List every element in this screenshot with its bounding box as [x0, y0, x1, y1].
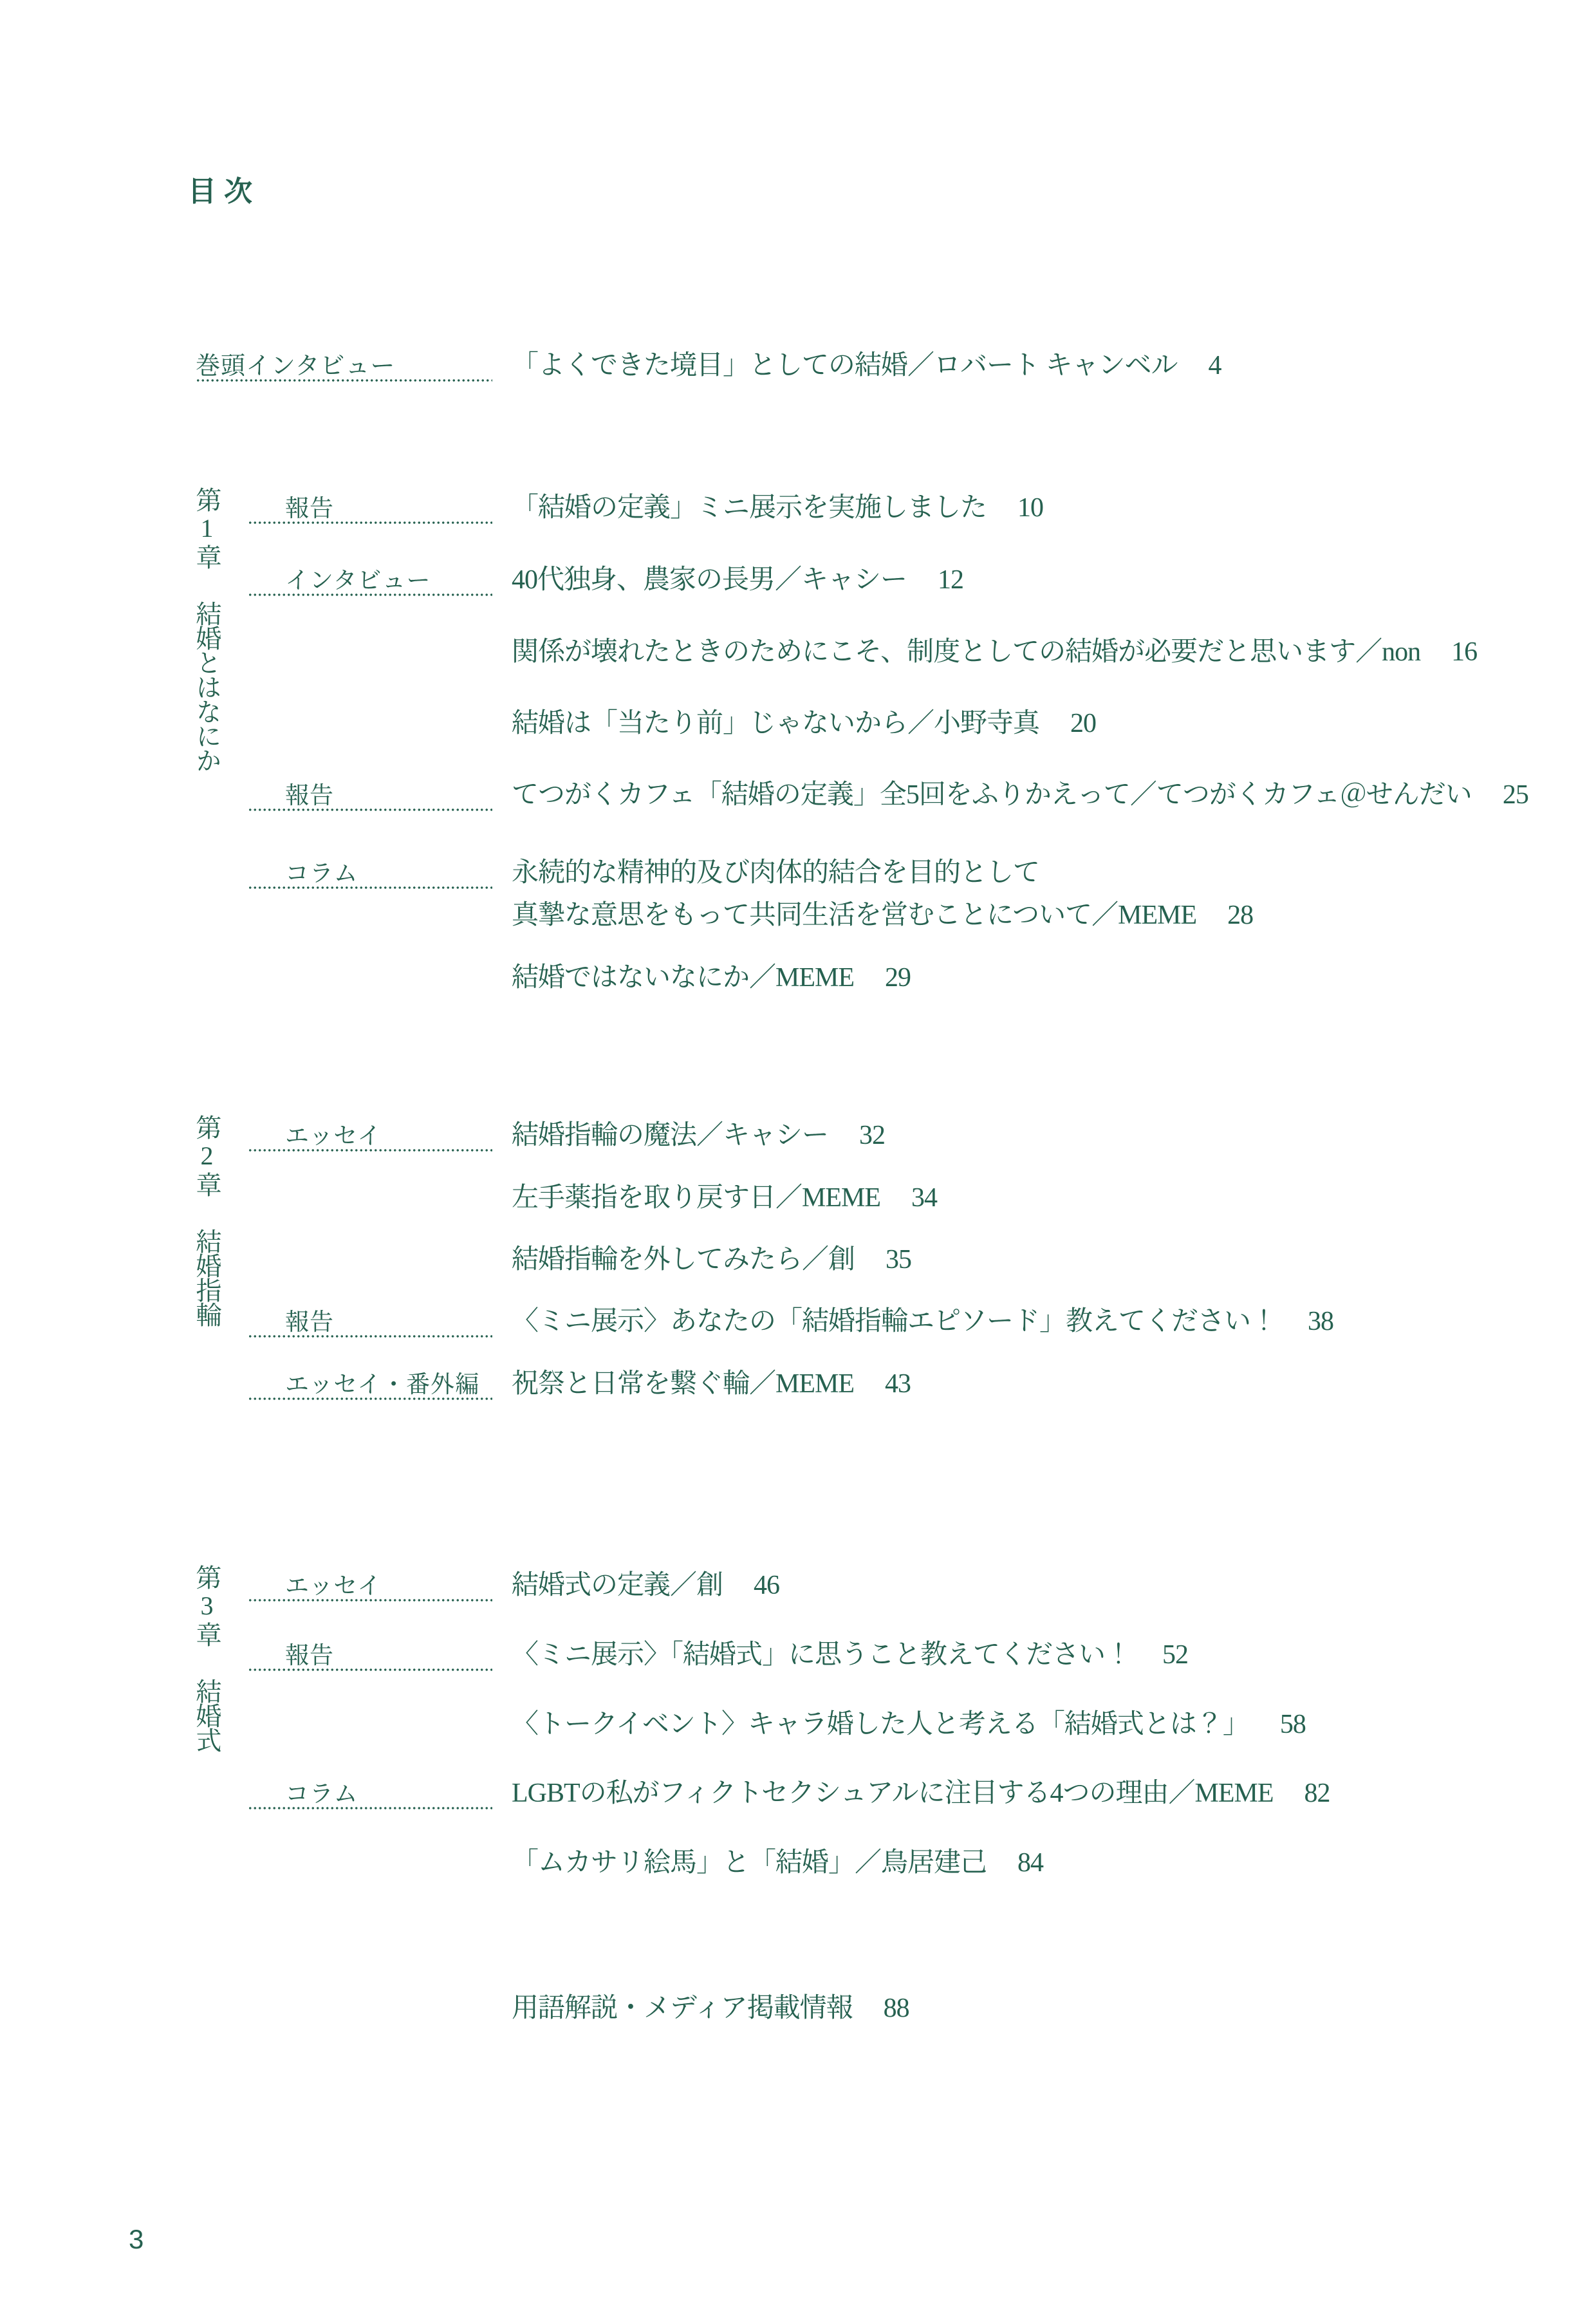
chapter-name: 結婚指輪 — [192, 1228, 221, 1326]
category-label: エッセイ・番外編 — [248, 1369, 492, 1400]
chapter-number: 第3章 — [192, 1564, 221, 1649]
entry-page-number: 4 — [1209, 351, 1221, 380]
entry-title-line: 左手薬指を取り戻す日／MEME34 — [512, 1182, 937, 1213]
entry-title-line: 40代独身、農家の長男／キャシー12 — [512, 565, 963, 595]
entry: 関係が壊れたときのためにこそ、制度としての結婚が必要だと思います／non16 — [512, 637, 1477, 668]
entry-title-line: 結婚は「当たり前」じゃないから／小野寺真20 — [512, 708, 1096, 739]
category-label: インタビュー — [248, 565, 492, 596]
entry: 祝祭と日常を繋ぐ輪／MEME43 — [512, 1369, 911, 1399]
entry-title-line: 結婚式の定義／創46 — [512, 1570, 779, 1601]
entry-page-number: 20 — [1070, 709, 1096, 738]
toc-row: コラム 永続的な精神的及び肉体的結合を目的として真摯な意思をもって共同生活を営む… — [0, 852, 1596, 937]
category-label: 報告 — [248, 493, 492, 524]
entry-title-line: 〈ミニ展示〉「結婚式」に思うこと教えてください！52 — [512, 1639, 1188, 1670]
toc-row: 報告 〈ミニ展示〉「結婚式」に思うこと教えてください！52 — [0, 1639, 1596, 1671]
category-label: コラム — [248, 858, 492, 889]
toc-row: エッセイ 結婚式の定義／創46 — [0, 1570, 1596, 1602]
chapter-vertical-title: 第2章結婚指輪 — [192, 1114, 221, 1326]
toc-page: 目次 巻頭インタビュー 「よくできた境目」としての結婚／ロバート キャンベル4 … — [0, 0, 1596, 2298]
chapter-number: 第1章 — [192, 487, 221, 571]
entry-page-number: 12 — [938, 565, 963, 595]
entry-title-line: 結婚ではないなにか／MEME29 — [512, 962, 911, 993]
entry-page-number: 25 — [1503, 780, 1528, 810]
entry-title-line: 〈ミニ展示〉あなたの「結婚指輪エピソード」教えてください！38 — [512, 1306, 1333, 1337]
entry-page-number: 29 — [885, 963, 911, 993]
entry-title-line: 「ムカサリ絵馬」と「結婚」／鳥居建己84 — [512, 1847, 1043, 1878]
lead-section: 巻頭インタビュー 「よくできた境目」としての結婚／ロバート キャンベル4 — [0, 350, 1596, 382]
entry: 「ムカサリ絵馬」と「結婚」／鳥居建己84 — [512, 1847, 1043, 1878]
toc-row: 結婚は「当たり前」じゃないから／小野寺真20 — [0, 708, 1596, 739]
category-label: エッセイ — [248, 1121, 492, 1152]
entry-page-number: 16 — [1451, 637, 1477, 667]
entry: 結婚式の定義／創46 — [512, 1570, 779, 1601]
toc-row: 〈トークイベント〉キャラ婚した人と考える「結婚式とは？」58 — [0, 1709, 1596, 1740]
entry-title-line: LGBTの私がフィクトセクシュアルに注目する4つの理由／MEME82 — [512, 1778, 1330, 1809]
chapter-section-2: 第2章結婚指輪 エッセイ 結婚指輪の魔法／キャシー32 左手薬指を取り戻す日／M… — [0, 1120, 1596, 1431]
toc-row: 関係が壊れたときのためにこそ、制度としての結婚が必要だと思います／non16 — [0, 637, 1596, 668]
chapter-section-1: 第1章結婚とはなにか 報告 「結婚の定義」ミニ展示を実施しました10 インタビュ… — [0, 492, 1596, 1034]
entry-page-number: 35 — [886, 1245, 911, 1275]
folio-page-number: 3 — [129, 2226, 144, 2253]
toc-row: エッセイ・番外編 祝祭と日常を繋ぐ輪／MEME43 — [0, 1369, 1596, 1400]
toc-row: 報告 てつがくカフェ「結婚の定義」全5回をふりかえって／てつがくカフェ＠せんだい… — [0, 780, 1596, 811]
chapter-section-3: 第3章結婚式 エッセイ 結婚式の定義／創46 報告 〈ミニ展示〉「結婚式」に思う… — [0, 1570, 1596, 1916]
entry-page-number: 82 — [1304, 1779, 1330, 1808]
entry-title: 「よくできた境目」としての結婚／ロバート キャンベル — [512, 351, 1178, 380]
entry: てつがくカフェ「結婚の定義」全5回をふりかえって／てつがくカフェ＠せんだい25 — [512, 780, 1528, 810]
entry: LGBTの私がフィクトセクシュアルに注目する4つの理由／MEME82 — [512, 1778, 1330, 1809]
chapter-number: 第2章 — [192, 1114, 221, 1199]
category-label: コラム — [248, 1779, 492, 1809]
entry: 「結婚の定義」ミニ展示を実施しました10 — [512, 492, 1043, 523]
toc-row: 報告 「結婚の定義」ミニ展示を実施しました10 — [0, 492, 1596, 524]
category-label: 報告 — [248, 1640, 492, 1671]
entry-title-line: 結婚指輪の魔法／キャシー32 — [512, 1120, 885, 1151]
category-label: 巻頭インタビュー — [196, 351, 492, 382]
entry: 結婚ではないなにか／MEME29 — [512, 962, 911, 993]
category-label: 報告 — [248, 1307, 492, 1338]
toc-row: 「ムカサリ絵馬」と「結婚」／鳥居建己84 — [0, 1847, 1596, 1878]
toc-row: 報告 〈ミニ展示〉あなたの「結婚指輪エピソード」教えてください！38 — [0, 1306, 1596, 1338]
entry-title-line: 永続的な精神的及び肉体的結合を目的として — [512, 852, 1253, 894]
entry: 40代独身、農家の長男／キャシー12 — [512, 565, 963, 595]
entry-title: 用語解説・メディア掲載情報 — [512, 1994, 853, 2023]
entry: 結婚指輪の魔法／キャシー32 — [512, 1120, 885, 1151]
chapter-vertical-title: 第1章結婚とはなにか — [192, 487, 221, 772]
entry-page-number: 32 — [859, 1121, 885, 1150]
toc-row: エッセイ 結婚指輪の魔法／キャシー32 — [0, 1120, 1596, 1152]
entry: 〈ミニ展示〉「結婚式」に思うこと教えてください！52 — [512, 1639, 1188, 1670]
toc-row: 巻頭インタビュー 「よくできた境目」としての結婚／ロバート キャンベル4 — [0, 350, 1596, 382]
toc-row: 結婚ではないなにか／MEME29 — [0, 962, 1596, 993]
entry-page-number: 10 — [1017, 493, 1043, 523]
entry: 結婚指輪を外してみたら／創35 — [512, 1244, 911, 1275]
entry-page-number: 38 — [1308, 1307, 1333, 1336]
entry: 「よくできた境目」としての結婚／ロバート キャンベル4 — [512, 350, 1221, 381]
entry-page-number: 58 — [1280, 1710, 1306, 1739]
entry-page-number: 84 — [1017, 1848, 1043, 1878]
entry-page-number: 34 — [911, 1183, 937, 1213]
entry-title-line: 祝祭と日常を繋ぐ輪／MEME43 — [512, 1369, 911, 1399]
entry: 〈ミニ展示〉あなたの「結婚指輪エピソード」教えてください！38 — [512, 1306, 1333, 1337]
page-title: 目次 — [188, 178, 260, 206]
toc-row: 用語解説・メディア掲載情報88 — [0, 1993, 1596, 2024]
entry: 永続的な精神的及び肉体的結合を目的として真摯な意思をもって共同生活を営むことにつ… — [512, 852, 1253, 937]
entry-title-line: 「結婚の定義」ミニ展示を実施しました10 — [512, 492, 1043, 523]
category-label: エッセイ — [248, 1571, 492, 1602]
entry-page-number: 52 — [1162, 1640, 1188, 1670]
entry-title-line: 関係が壊れたときのためにこそ、制度としての結婚が必要だと思います／non16 — [512, 637, 1477, 668]
entry-page-number: 28 — [1227, 901, 1253, 930]
entry-title-line: 結婚指輪を外してみたら／創35 — [512, 1244, 911, 1275]
chapter-name: 結婚式 — [192, 1678, 221, 1752]
entry-title-line: 〈トークイベント〉キャラ婚した人と考える「結婚式とは？」58 — [512, 1709, 1306, 1740]
toc-row: コラム LGBTの私がフィクトセクシュアルに注目する4つの理由／MEME82 — [0, 1778, 1596, 1809]
toc-row: 結婚指輪を外してみたら／創35 — [0, 1244, 1596, 1275]
toc-row: インタビュー 40代独身、農家の長男／キャシー12 — [0, 565, 1596, 596]
chapter-vertical-title: 第3章結婚式 — [192, 1564, 221, 1752]
entry: 左手薬指を取り戻す日／MEME34 — [512, 1182, 937, 1213]
entry-title-line: てつがくカフェ「結婚の定義」全5回をふりかえって／てつがくカフェ＠せんだい25 — [512, 780, 1528, 810]
entry-page-number: 46 — [754, 1571, 779, 1600]
entry: 〈トークイベント〉キャラ婚した人と考える「結婚式とは？」58 — [512, 1709, 1306, 1740]
toc-row: 左手薬指を取り戻す日／MEME34 — [0, 1182, 1596, 1213]
footer-section: 用語解説・メディア掲載情報88 — [0, 1993, 1596, 2024]
entry-title-line: 真摯な意思をもって共同生活を営むことについて／MEME28 — [512, 894, 1253, 937]
category-label: 報告 — [248, 780, 492, 811]
entry: 用語解説・メディア掲載情報88 — [512, 1993, 909, 2024]
chapter-name: 結婚とはなにか — [192, 601, 221, 772]
entry-page-number: 43 — [885, 1369, 911, 1399]
entry: 結婚は「当たり前」じゃないから／小野寺真20 — [512, 708, 1096, 739]
entry-page-number: 88 — [884, 1994, 909, 2023]
